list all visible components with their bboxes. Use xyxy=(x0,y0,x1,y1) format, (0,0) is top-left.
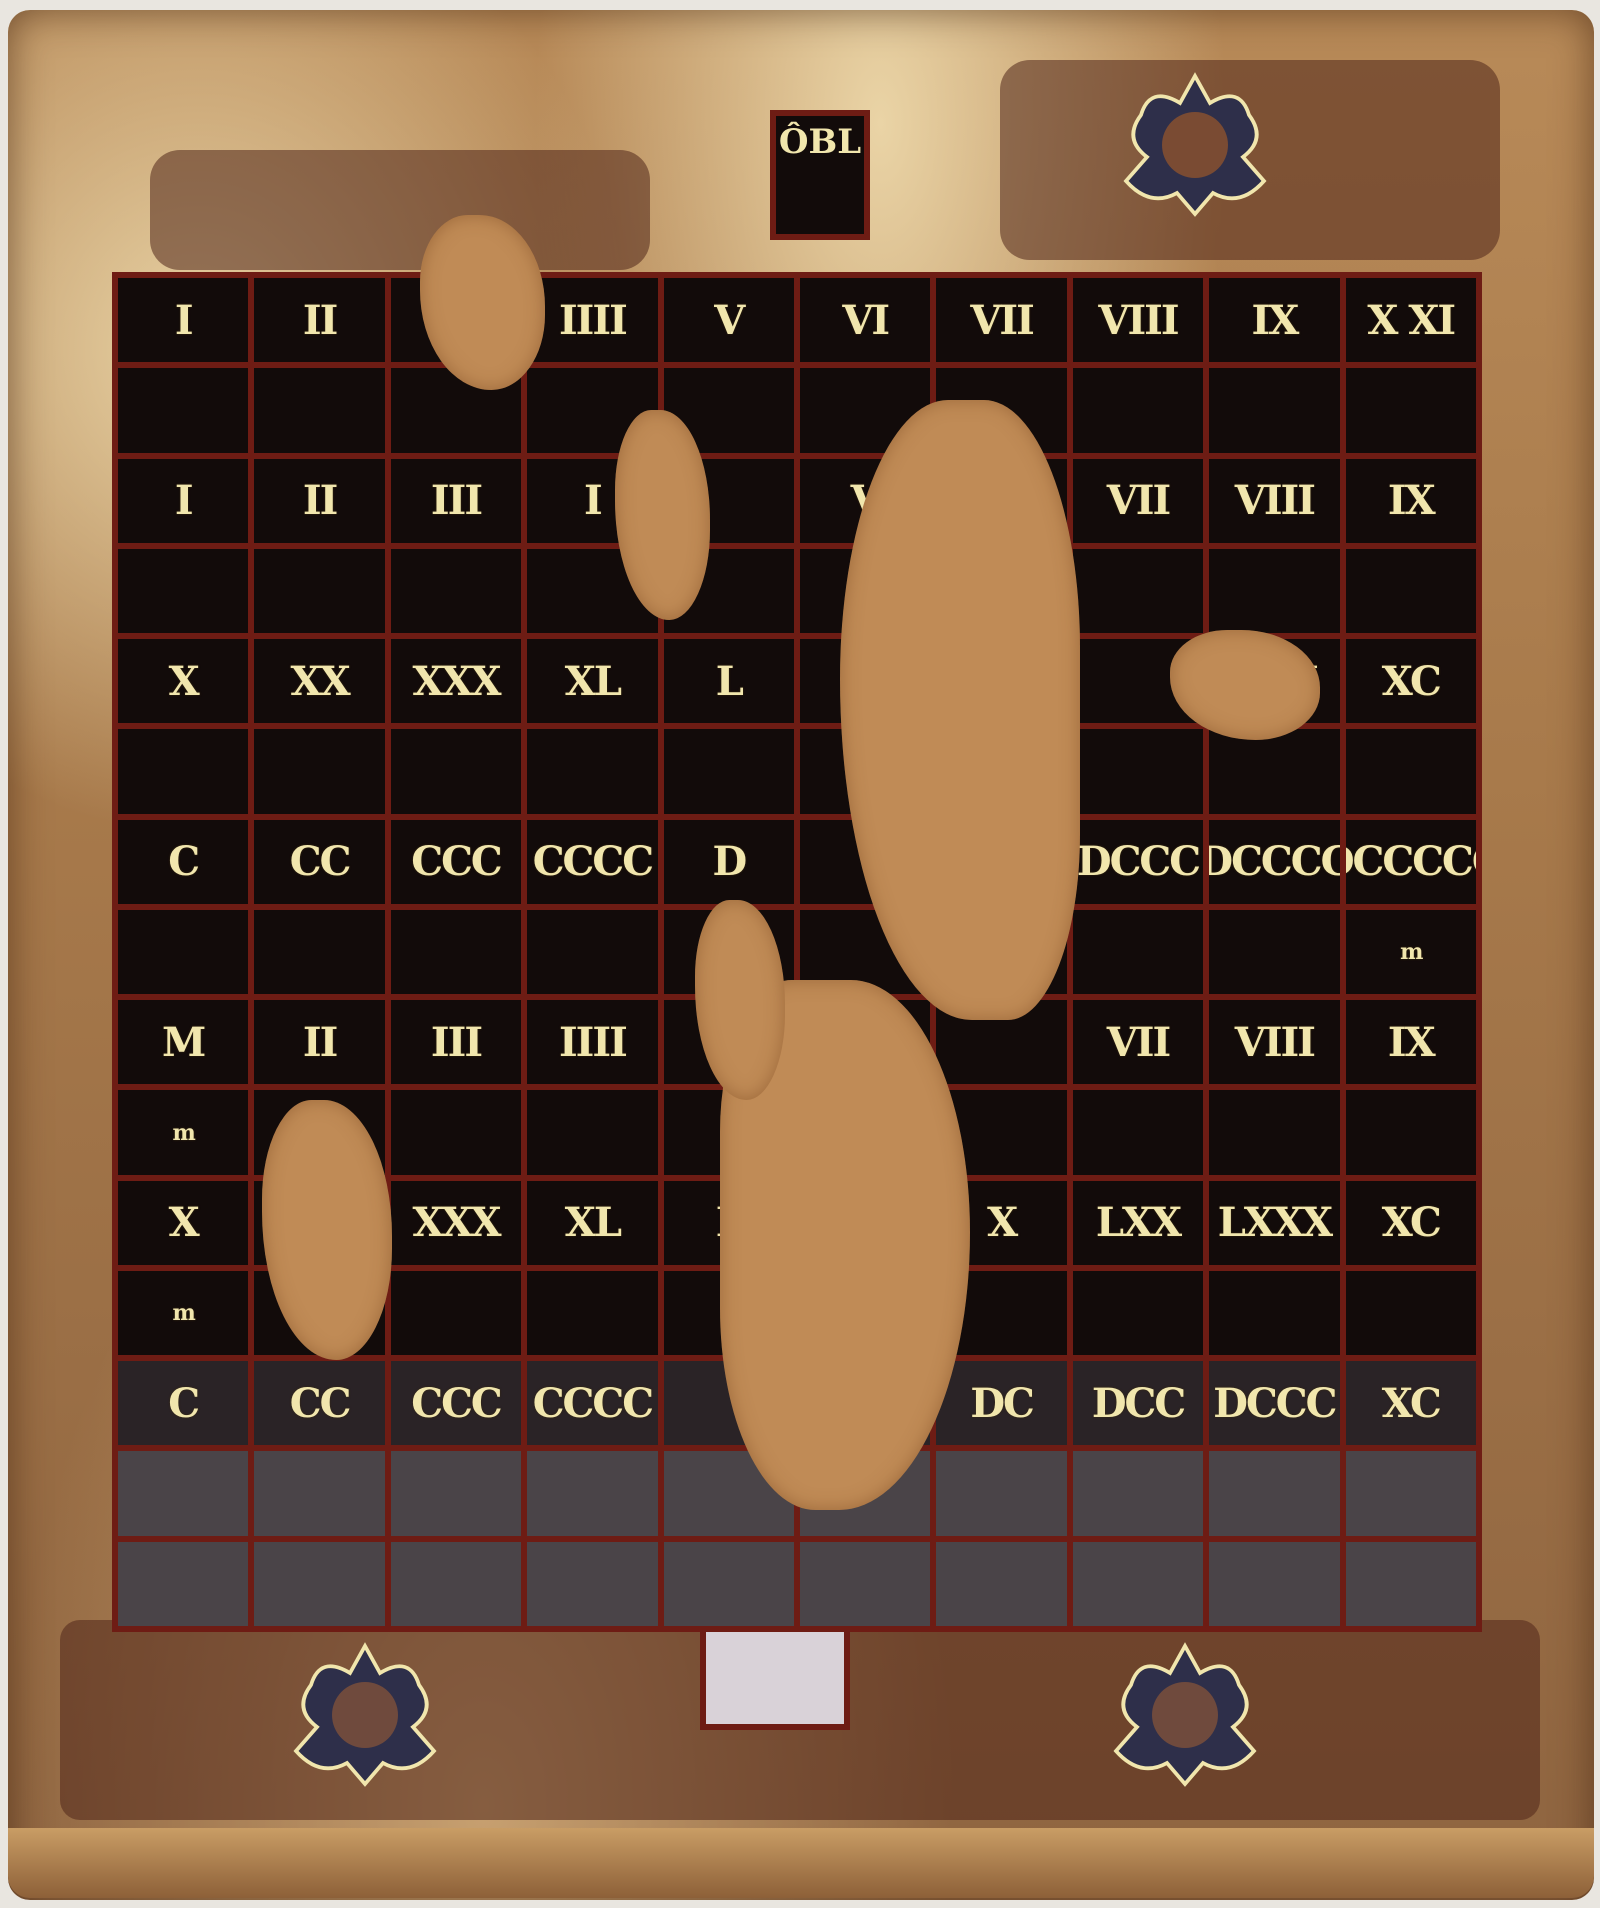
board-cell: IX xyxy=(1346,459,1476,543)
board-cell: m xyxy=(1346,910,1476,994)
board-cell: VI xyxy=(800,278,930,362)
board-cell xyxy=(391,729,521,813)
rosette-bottom-left-icon xyxy=(290,1640,440,1790)
board-cell xyxy=(1209,1271,1339,1355)
board-cell: X XI xyxy=(1346,278,1476,362)
board-cell: XC xyxy=(1346,639,1476,723)
board-cell: XL xyxy=(527,1181,657,1265)
board-cell: DCCC xyxy=(1073,820,1203,904)
board-cell xyxy=(1209,1451,1339,1535)
board-cell xyxy=(1346,1451,1476,1535)
board-cell: D xyxy=(664,820,794,904)
board-cell xyxy=(1209,1542,1339,1626)
board-cell xyxy=(1073,1271,1203,1355)
board-cell xyxy=(527,1271,657,1355)
board-cell xyxy=(391,1451,521,1535)
board-cell xyxy=(118,368,248,452)
board-cell: LXXX xyxy=(1209,1181,1339,1265)
board-cell: L xyxy=(664,639,794,723)
board-cell: III xyxy=(391,1000,521,1084)
board-cell xyxy=(391,1271,521,1355)
board-cell: I xyxy=(118,278,248,362)
board-cell xyxy=(254,729,384,813)
board-cell: IIII xyxy=(527,1000,657,1084)
board-cell: m xyxy=(118,1271,248,1355)
board-cell xyxy=(118,729,248,813)
rosette-top-right-icon xyxy=(1120,70,1270,220)
board-cell xyxy=(1073,368,1203,452)
board-cell xyxy=(1346,1271,1476,1355)
board-cell xyxy=(936,1542,1066,1626)
board-cell: X xyxy=(118,639,248,723)
board-cell: C xyxy=(118,820,248,904)
rosette-bottom-right-icon xyxy=(1110,1640,1260,1790)
board-cell xyxy=(1073,1542,1203,1626)
board-cell xyxy=(527,1451,657,1535)
board-cell xyxy=(1209,549,1339,633)
board-cell xyxy=(118,549,248,633)
board-cell xyxy=(254,910,384,994)
board-cell: DCCCCC xyxy=(1346,820,1476,904)
board-cell: CCCC xyxy=(527,820,657,904)
board-cell: CCC xyxy=(391,820,521,904)
board-cell xyxy=(527,1090,657,1174)
board-cell: DCCC xyxy=(1209,1361,1339,1445)
board-cell: CCCC xyxy=(527,1361,657,1445)
board-cell xyxy=(391,1542,521,1626)
board-cell: II xyxy=(254,459,384,543)
board-cell: IX xyxy=(1346,1000,1476,1084)
board-cell xyxy=(1209,910,1339,994)
board-cell: II xyxy=(254,278,384,362)
board-cell: VII xyxy=(936,278,1066,362)
board-cell xyxy=(118,1542,248,1626)
stain-top-left xyxy=(150,150,650,270)
board-cell xyxy=(1209,1090,1339,1174)
board-cell xyxy=(527,1542,657,1626)
board-cell: XXX xyxy=(391,1181,521,1265)
board-cell: CC xyxy=(254,1361,384,1445)
board-cell: I xyxy=(118,459,248,543)
board-cell xyxy=(664,1542,794,1626)
board-cell xyxy=(391,549,521,633)
board-cell xyxy=(527,729,657,813)
board-cell xyxy=(527,910,657,994)
board-cell: VII xyxy=(1073,459,1203,543)
board-cell: m xyxy=(118,1090,248,1174)
top-tab: ÔBL xyxy=(770,110,870,240)
board-cell xyxy=(1209,368,1339,452)
board-cell xyxy=(1209,729,1339,813)
board-cell: V xyxy=(664,278,794,362)
board-cell: XC xyxy=(1346,1361,1476,1445)
board-edge xyxy=(8,1828,1594,1898)
board-cell xyxy=(1073,910,1203,994)
board-cell xyxy=(254,368,384,452)
board-cell: C xyxy=(118,1361,248,1445)
board-cell xyxy=(254,549,384,633)
board-cell xyxy=(1073,1451,1203,1535)
board-cell xyxy=(118,1451,248,1535)
board-cell: VIII xyxy=(1209,459,1339,543)
board-cell: II xyxy=(254,1000,384,1084)
board-cell: VIII xyxy=(1073,278,1203,362)
board-cell xyxy=(1346,1542,1476,1626)
board-cell xyxy=(254,1542,384,1626)
board-cell xyxy=(936,1451,1066,1535)
board-cell xyxy=(800,1542,930,1626)
board-cell xyxy=(254,1451,384,1535)
board-cell: LXX xyxy=(1073,1181,1203,1265)
board-cell: IX xyxy=(1209,278,1339,362)
board-cell xyxy=(1073,549,1203,633)
board-cell: M xyxy=(118,1000,248,1084)
board-cell xyxy=(391,1090,521,1174)
board-cell xyxy=(1346,549,1476,633)
board-cell: XXX xyxy=(391,639,521,723)
board-cell xyxy=(118,910,248,994)
board-cell: DCC xyxy=(1073,1361,1203,1445)
board-cell xyxy=(1346,368,1476,452)
board-cell xyxy=(1346,1090,1476,1174)
board-cell: IIII xyxy=(527,278,657,362)
board-cell: III xyxy=(391,459,521,543)
board-cell: DCCCC xyxy=(1209,820,1339,904)
board-cell: XX xyxy=(254,639,384,723)
board-cell: VII xyxy=(1073,1000,1203,1084)
top-tab-label: ÔBL xyxy=(779,122,861,162)
board-cell: CCC xyxy=(391,1361,521,1445)
board-cell xyxy=(1346,729,1476,813)
board-cell: XL xyxy=(527,639,657,723)
board-cell xyxy=(664,729,794,813)
board-cell: XC xyxy=(1346,1181,1476,1265)
board-cell xyxy=(1073,1090,1203,1174)
board-cell: VIII xyxy=(1209,1000,1339,1084)
board-cell xyxy=(1073,729,1203,813)
board-cell xyxy=(391,910,521,994)
board-cell: DC xyxy=(936,1361,1066,1445)
board-cell: X xyxy=(118,1181,248,1265)
board-cell: CC xyxy=(254,820,384,904)
